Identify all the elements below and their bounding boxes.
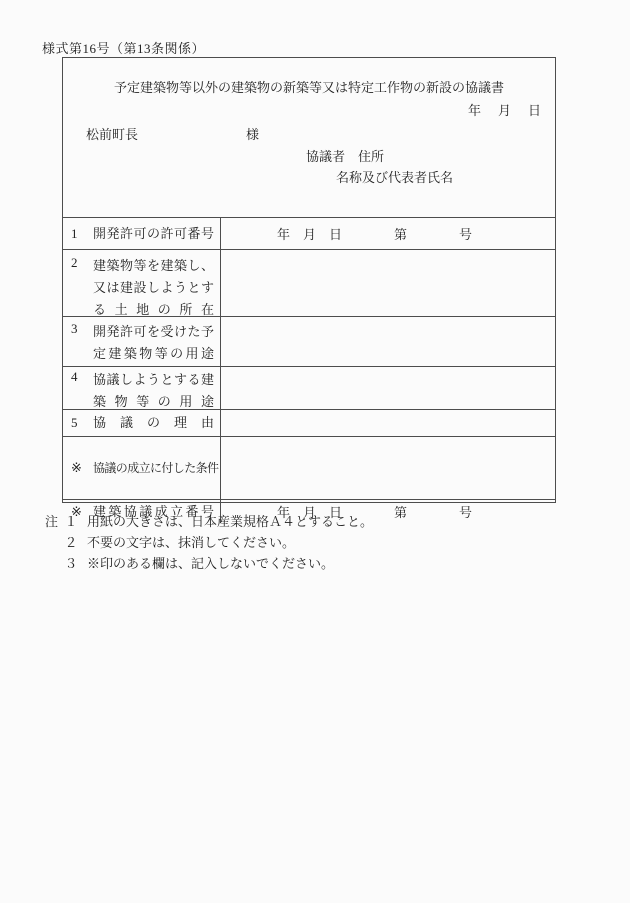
table-row: 1 開発許可の許可番号 年 月 日 第 号 [63, 218, 555, 250]
row-number: 3 [71, 317, 93, 366]
row-label-permitted-use: 3 開発許可を受けた予 定建築物等の用途 [63, 317, 221, 366]
row-label-text: 開発許可を受けた予 [93, 321, 214, 343]
consultation-form-table: 予定建築物等以外の建築物の新築等又は特定工作物の新設の協議書 年 月 日 松前町… [62, 57, 556, 503]
form-number-label: 様式第16号（第13条関係） [42, 38, 205, 57]
proposed-use-field [221, 367, 555, 409]
row-label-text: 開発許可の許可番号 [93, 223, 214, 245]
row-label-proposed-use: 4 協議しようとする建 築 物 等 の 用 途 [63, 367, 221, 409]
conditions-field [221, 437, 555, 499]
note-item: 注 １ 用紙の大きさは、日本産業規格Ａ４とすること。 [45, 511, 373, 532]
table-row: 3 開発許可を受けた予 定建築物等の用途 [63, 317, 555, 367]
row-label-text: 又は建設しようとす [93, 277, 214, 299]
row-number: 5 [71, 415, 93, 431]
note-item: ２ 不要の文字は、抹消してください。 [45, 532, 373, 553]
reason-field [221, 410, 555, 436]
row-number: 4 [71, 367, 93, 409]
permitted-use-field [221, 317, 555, 366]
row-label-conditions: ※ 協議の成立に付した条件 [63, 437, 221, 499]
addressee-line: 松前町長様 [63, 126, 555, 144]
note-text: ※印のある欄は、記入しないでください。 [87, 553, 334, 574]
row-label-text: 定建築物等の用途 [93, 343, 214, 365]
row-label-text: 協議の成立に付した条件 [93, 457, 214, 479]
party-name-line: 名称及び代表者氏名 [63, 169, 555, 187]
row-label-permit-number: 1 開発許可の許可番号 [63, 218, 221, 249]
permit-number-field: 年 月 日 第 号 [221, 218, 555, 249]
note-prefix: 注 [45, 511, 59, 532]
row-number: 2 [71, 250, 93, 316]
note-text: 用紙の大きさは、日本産業規格Ａ４とすること。 [87, 511, 373, 532]
party-line: 協議者 住所 [63, 148, 555, 166]
form-header: 予定建築物等以外の建築物の新築等又は特定工作物の新設の協議書 年 月 日 松前町… [63, 79, 555, 218]
note-number: ２ [59, 532, 83, 553]
table-row: 5 協 議 の 理 由 [63, 410, 555, 437]
row-label-land-location: 2 建築物等を建築し、 又は建設しようとす る 土 地 の 所 在 [63, 250, 221, 316]
row-label-text: 協 議 の 理 由 [93, 412, 214, 434]
addressee-name: 松前町長 [86, 127, 138, 142]
footer-notes: 注 １ 用紙の大きさは、日本産業規格Ａ４とすること。 ２ 不要の文字は、抹消して… [45, 511, 373, 574]
row-number: 1 [71, 226, 93, 242]
date-line: 年 月 日 [63, 102, 555, 120]
land-location-field [221, 250, 555, 316]
row-label-text: 協議しようとする建 [93, 369, 214, 391]
note-text: 不要の文字は、抹消してください。 [87, 532, 295, 553]
note-number: １ [59, 511, 83, 532]
note-number: ３ [59, 553, 83, 574]
table-row: 4 協議しようとする建 築 物 等 の 用 途 [63, 367, 555, 410]
document-page: 様式第16号（第13条関係） 予定建築物等以外の建築物の新築等又は特定工作物の新… [0, 0, 630, 903]
row-label-text: 建築物等を建築し、 [93, 255, 214, 277]
table-row: ※ 協議の成立に付した条件 [63, 437, 555, 500]
row-number: ※ [71, 460, 93, 476]
row-label-reason: 5 協 議 の 理 由 [63, 410, 221, 436]
form-title: 予定建築物等以外の建築物の新築等又は特定工作物の新設の協議書 [63, 79, 555, 97]
addressee-honorific: 様 [246, 127, 259, 142]
note-item: ３ ※印のある欄は、記入しないでください。 [45, 553, 373, 574]
table-row: 2 建築物等を建築し、 又は建設しようとす る 土 地 の 所 在 [63, 250, 555, 317]
